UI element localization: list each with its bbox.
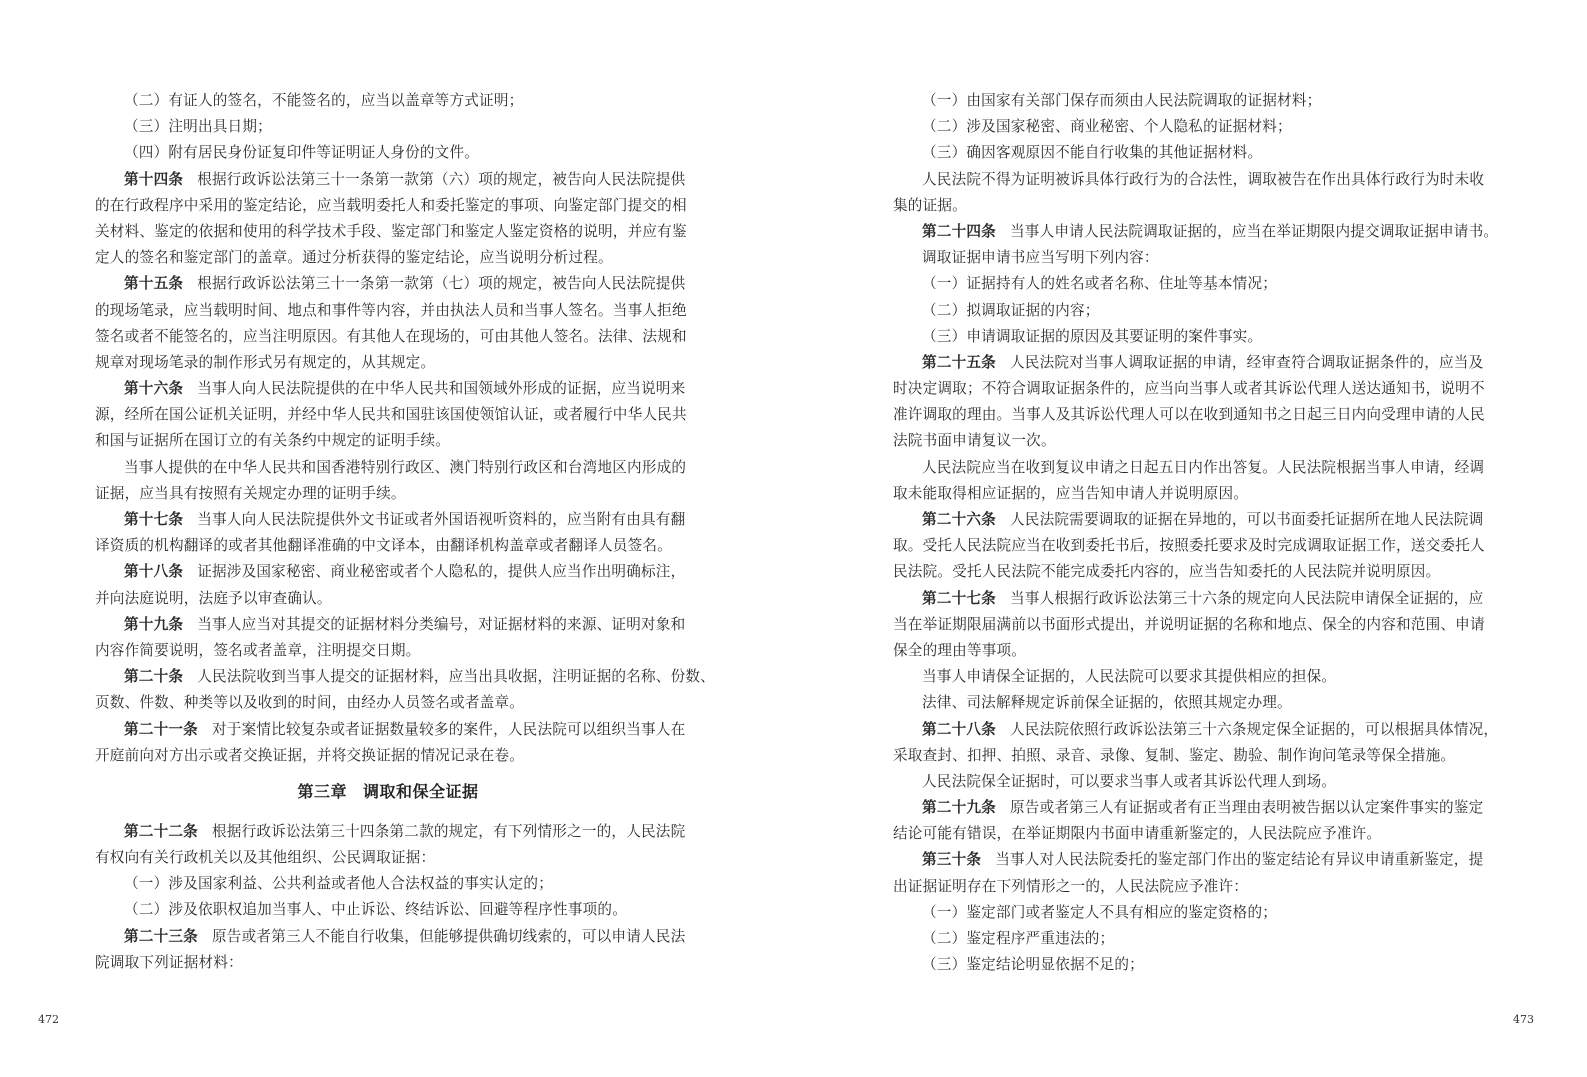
article-number: 第十八条: [124, 563, 183, 580]
line-text: 结论可能有错误，在举证期限内书面申请重新鉴定的，人民法院应予准许。: [893, 825, 1381, 842]
text-line: 结论可能有错误，在举证期限内书面申请重新鉴定的，人民法院应予准许。: [893, 821, 1477, 847]
article-number: 第二十条: [124, 668, 183, 685]
text-line: 签名或者不能签名的，应当注明原因。有其他人在现场的，可由其他人签名。法律、法规和: [95, 324, 681, 350]
text-line: 准许调取的理由。当事人及其诉讼代理人可以在收到通知书之日起三日内向受理申请的人民: [893, 402, 1477, 428]
line-text: 人民法院应当在收到复议申请之日起五日内作出答复。人民法院根据当事人申请，经调: [922, 459, 1484, 476]
line-text: 取未能取得相应证据的，应当告知申请人并说明原因。: [893, 485, 1248, 502]
line-text: 和国与证据所在国订立的有关条约中规定的证明手续。: [95, 432, 450, 449]
text-line: 采取查封、扣押、拍照、录音、录像、复制、鉴定、勘验、制作询问笔录等保全措施。: [893, 743, 1477, 769]
line-text: 采取查封、扣押、拍照、录音、录像、复制、鉴定、勘验、制作询问笔录等保全措施。: [893, 747, 1455, 764]
line-text: 对于案情比较复杂或者证据数量较多的案件，人民法院可以组织当事人在: [212, 721, 685, 738]
line-text: 当事人对人民法院委托的鉴定部门作出的鉴定结论有异议申请重新鉴定，提: [995, 851, 1483, 868]
line-text: 当在举证期限届满前以书面形式提出，并说明证据的名称和地点、保全的内容和范围、申请: [893, 616, 1485, 633]
right-page-body: （一）由国家有关部门保存而须由人民法院调取的证据材料；（二）涉及国家秘密、商业秘…: [893, 88, 1477, 978]
chapter-title: 调取和保全证据: [363, 782, 479, 801]
article-line: 第二十二条根据行政诉讼法第三十四条第二款的规定，有下列情形之一的，人民法院: [95, 819, 681, 845]
text-line: 并向法庭说明，法庭予以审查确认。: [95, 586, 681, 612]
article-line: 第十八条证据涉及国家秘密、商业秘密或者个人隐私的，提供人应当作出明确标注，: [95, 559, 681, 585]
text-line: 关材料、鉴定的依据和使用的科学技术手段、鉴定部门和鉴定人鉴定资格的说明，并应有鉴: [95, 219, 681, 245]
line-text: （一）涉及国家利益、公共利益或者他人合法权益的事实认定的；: [124, 875, 553, 892]
text-line: 源，经所在国公证机关证明，并经中华人民共和国驻该国使领馆认证，或者履行中华人民共: [95, 402, 681, 428]
text-line: 页数、件数、种类等以及收到的时间，由经办人员签名或者盖章。: [95, 690, 681, 716]
page-number-left: 472: [38, 1013, 59, 1026]
line-text: 出证据证明存在下列情形之一的，人民法院应予准许：: [893, 878, 1248, 895]
line-text: 当事人申请人民法院调取证据的，应当在举证期限内提交调取证据申请书。: [1010, 223, 1498, 240]
article-line: 第二十四条当事人申请人民法院调取证据的，应当在举证期限内提交调取证据申请书。: [893, 219, 1477, 245]
text-line: 定人的签名和鉴定部门的盖章。通过分析获得的鉴定结论，应当说明分析过程。: [95, 245, 681, 271]
line-text: 当事人向人民法院提供外文书证或者外国语视听资料的，应当附有由具有翻: [197, 511, 685, 528]
line-text: （一）鉴定部门或者鉴定人不具有相应的鉴定资格的；: [922, 904, 1277, 921]
line-text: （三）注明出具日期；: [124, 118, 272, 135]
line-text: 内容作简要说明，签名或者盖章，注明提交日期。: [95, 642, 420, 659]
right-page: （一）由国家有关部门保存而须由人民法院调取的证据材料；（二）涉及国家秘密、商业秘…: [893, 88, 1477, 978]
line-text: 准许调取的理由。当事人及其诉讼代理人可以在收到通知书之日起三日内向受理申请的人民: [893, 406, 1485, 423]
list-item-line: （二）涉及依职权追加当事人、中止诉讼、终结诉讼、回避等程序性事项的。: [95, 897, 681, 923]
text-line: 内容作简要说明，签名或者盖章，注明提交日期。: [95, 638, 681, 664]
line-text: 根据行政诉讼法第三十一条第一款第（六）项的规定，被告向人民法院提供: [197, 171, 685, 188]
line-text: 人民法院保全证据时，可以要求当事人或者其诉讼代理人到场。: [922, 773, 1336, 790]
line-text: 人民法院不得为证明被诉具体行政行为的合法性，调取被告在作出具体行政行为时未收: [922, 171, 1484, 188]
list-item-line: （三）注明出具日期；: [95, 114, 681, 140]
chapter-number: 第三章: [297, 782, 347, 801]
line-text: 规章对现场笔录的制作形式另有规定的，从其规定。: [95, 354, 435, 371]
text-line: 人民法院保全证据时，可以要求当事人或者其诉讼代理人到场。: [893, 769, 1477, 795]
text-line: 出证据证明存在下列情形之一的，人民法院应予准许：: [893, 874, 1477, 900]
text-line: 取。受托人民法院应当在收到委托书后，按照委托要求及时完成调取证据工作，送交委托人: [893, 533, 1477, 559]
article-number: 第二十三条: [124, 928, 198, 945]
article-line: 第十五条根据行政诉讼法第三十一条第一款第（七）项的规定，被告向人民法院提供: [95, 271, 681, 297]
article-number: 第二十二条: [124, 823, 198, 840]
text-line: 当在举证期限届满前以书面形式提出，并说明证据的名称和地点、保全的内容和范围、申请: [893, 612, 1477, 638]
line-text: 人民法院收到当事人提交的证据材料，应当出具收据，注明证据的名称、份数、: [197, 668, 715, 685]
line-text: 当事人申请保全证据的，人民法院可以要求其提供相应的担保。: [922, 668, 1336, 685]
article-line: 第十九条当事人应当对其提交的证据材料分类编号，对证据材料的来源、证明对象和: [95, 612, 681, 638]
line-text: 开庭前向对方出示或者交换证据，并将交换证据的情况记录在卷。: [95, 747, 524, 764]
line-text: 人民法院依照行政诉讼法第三十六条规定保全证据的，可以根据具体情况，: [1010, 721, 1498, 738]
text-line: 的现场笔录，应当载明时间、地点和事件等内容，并由执法人员和当事人签名。当事人拒绝: [95, 298, 681, 324]
text-line: 当事人提供的在中华人民共和国香港特别行政区、澳门特别行政区和台湾地区内形成的: [95, 455, 681, 481]
left-page-body: （二）有证人的签名，不能签名的，应当以盖章等方式证明；（三）注明出具日期；（四）…: [95, 88, 681, 769]
chapter-heading: 第三章调取和保全证据: [95, 779, 681, 805]
line-text: 院调取下列证据材料：: [95, 954, 243, 971]
text-line: 有权向有关行政机关以及其他组织、公民调取证据：: [95, 845, 681, 871]
article-number: 第二十五条: [922, 354, 996, 371]
article-line: 第二十五条人民法院对当事人调取证据的申请，经审查符合调取证据条件的，应当及: [893, 350, 1477, 376]
article-line: 第二十八条人民法院依照行政诉讼法第三十六条规定保全证据的，可以根据具体情况，: [893, 717, 1477, 743]
list-item-line: （二）有证人的签名，不能签名的，应当以盖章等方式证明；: [95, 88, 681, 114]
text-line: 法律、司法解释规定诉前保全证据的，依照其规定办理。: [893, 690, 1477, 716]
article-number: 第二十九条: [922, 799, 996, 816]
line-text: 保全的理由等事项。: [893, 642, 1026, 659]
page-number-right: 473: [1513, 1013, 1534, 1026]
article-line: 第二十一条对于案情比较复杂或者证据数量较多的案件，人民法院可以组织当事人在: [95, 717, 681, 743]
article-line: 第十四条根据行政诉讼法第三十一条第一款第（六）项的规定，被告向人民法院提供: [95, 167, 681, 193]
text-line: 民法院。受托人民法院不能完成委托内容的，应当告知委托的人民法院并说明原因。: [893, 559, 1477, 585]
article-number: 第二十八条: [922, 721, 996, 738]
text-line: 人民法院应当在收到复议申请之日起五日内作出答复。人民法院根据当事人申请，经调: [893, 455, 1477, 481]
line-text: 证据涉及国家秘密、商业秘密或者个人隐私的，提供人应当作出明确标注，: [197, 563, 685, 580]
line-text: 原告或者第三人不能自行收集，但能够提供确切线索的，可以申请人民法: [212, 928, 685, 945]
text-line: 译资质的机构翻译的或者其他翻译准确的中文译本，由翻译机构盖章或者翻译人员签名。: [95, 533, 681, 559]
line-text: （四）附有居民身份证复印件等证明证人身份的文件。: [124, 144, 479, 161]
left-page-body-after-chapter: 第二十二条根据行政诉讼法第三十四条第二款的规定，有下列情形之一的，人民法院有权向…: [95, 819, 681, 976]
line-text: （三）申请调取证据的原因及其要证明的案件事实。: [922, 328, 1262, 345]
line-text: 原告或者第三人有证据或者有正当理由表明被告据以认定案件事实的鉴定: [1010, 799, 1483, 816]
line-text: 并向法庭说明，法庭予以审查确认。: [95, 590, 332, 607]
list-item-line: （四）附有居民身份证复印件等证明证人身份的文件。: [95, 140, 681, 166]
article-number: 第二十四条: [922, 223, 996, 240]
list-item-line: （二）鉴定程序严重违法的；: [893, 926, 1477, 952]
line-text: 法律、司法解释规定诉前保全证据的，依照其规定办理。: [922, 694, 1292, 711]
line-text: 证据，应当具有按照有关规定办理的证明手续。: [95, 485, 406, 502]
article-line: 第二十三条原告或者第三人不能自行收集，但能够提供确切线索的，可以申请人民法: [95, 924, 681, 950]
article-number: 第十四条: [124, 171, 183, 188]
text-line: 取未能取得相应证据的，应当告知申请人并说明原因。: [893, 481, 1477, 507]
article-line: 第二十七条当事人根据行政诉讼法第三十六条的规定向人民法院申请保全证据的，应: [893, 586, 1477, 612]
text-line: 时决定调取；不符合调取证据条件的，应当向当事人或者其诉讼代理人送达通知书，说明不: [893, 376, 1477, 402]
list-item-line: （一）鉴定部门或者鉴定人不具有相应的鉴定资格的；: [893, 900, 1477, 926]
text-line: 院调取下列证据材料：: [95, 950, 681, 976]
line-text: （一）由国家有关部门保存而须由人民法院调取的证据材料；: [922, 92, 1321, 109]
line-text: （三）鉴定结论明显依据不足的；: [922, 956, 1144, 973]
line-text: 当事人根据行政诉讼法第三十六条的规定向人民法院申请保全证据的，应: [1010, 590, 1483, 607]
list-item-line: （二）涉及国家秘密、商业秘密、个人隐私的证据材料；: [893, 114, 1477, 140]
article-line: 第二十九条原告或者第三人有证据或者有正当理由表明被告据以认定案件事实的鉴定: [893, 795, 1477, 821]
text-line: 集的证据。: [893, 193, 1477, 219]
list-item-line: （一）证据持有人的姓名或者名称、住址等基本情况；: [893, 271, 1477, 297]
list-item-line: （三）鉴定结论明显依据不足的；: [893, 952, 1477, 978]
line-text: （二）鉴定程序严重违法的；: [922, 930, 1114, 947]
line-text: 取。受托人民法院应当在收到委托书后，按照委托要求及时完成调取证据工作，送交委托人: [893, 537, 1485, 554]
line-text: （二）涉及国家秘密、商业秘密、个人隐私的证据材料；: [922, 118, 1292, 135]
list-item-line: （二）拟调取证据的内容；: [893, 298, 1477, 324]
text-line: 人民法院不得为证明被诉具体行政行为的合法性，调取被告在作出具体行政行为时未收: [893, 167, 1477, 193]
line-text: 源，经所在国公证机关证明，并经中华人民共和国驻该国使领馆认证，或者履行中华人民共: [95, 406, 687, 423]
line-text: 集的证据。: [893, 197, 967, 214]
list-item-line: （三）确因客观原因不能自行收集的其他证据材料。: [893, 140, 1477, 166]
line-text: 人民法院需要调取的证据在异地的，可以书面委托证据所在地人民法院调: [1010, 511, 1483, 528]
line-text: 的在行政程序中采用的鉴定结论，应当载明委托人和委托鉴定的事项、向鉴定部门提交的相: [95, 197, 687, 214]
list-item-line: （一）涉及国家利益、公共利益或者他人合法权益的事实认定的；: [95, 871, 681, 897]
line-text: 译资质的机构翻译的或者其他翻译准确的中文译本，由翻译机构盖章或者翻译人员签名。: [95, 537, 672, 554]
line-text: 的现场笔录，应当载明时间、地点和事件等内容，并由执法人员和当事人签名。当事人拒绝: [95, 302, 687, 319]
line-text: 定人的签名和鉴定部门的盖章。通过分析获得的鉴定结论，应当说明分析过程。: [95, 249, 613, 266]
line-text: 根据行政诉讼法第三十四条第二款的规定，有下列情形之一的，人民法院: [212, 823, 685, 840]
article-number: 第二十一条: [124, 721, 198, 738]
line-text: 民法院。受托人民法院不能完成委托内容的，应当告知委托的人民法院并说明原因。: [893, 563, 1440, 580]
line-text: （二）涉及依职权追加当事人、中止诉讼、终结诉讼、回避等程序性事项的。: [124, 901, 627, 918]
line-text: 当事人提供的在中华人民共和国香港特别行政区、澳门特别行政区和台湾地区内形成的: [124, 459, 686, 476]
article-number: 第三十条: [922, 851, 981, 868]
article-number: 第十五条: [124, 275, 183, 292]
left-page: （二）有证人的签名，不能签名的，应当以盖章等方式证明；（三）注明出具日期；（四）…: [95, 88, 681, 976]
line-text: （二）有证人的签名，不能签名的，应当以盖章等方式证明；: [124, 92, 523, 109]
text-line: 保全的理由等事项。: [893, 638, 1477, 664]
line-text: 页数、件数、种类等以及收到的时间，由经办人员签名或者盖章。: [95, 694, 524, 711]
article-number: 第十七条: [124, 511, 183, 528]
text-line: 的在行政程序中采用的鉴定结论，应当载明委托人和委托鉴定的事项、向鉴定部门提交的相: [95, 193, 681, 219]
list-item-line: （三）申请调取证据的原因及其要证明的案件事实。: [893, 324, 1477, 350]
article-line: 第三十条当事人对人民法院委托的鉴定部门作出的鉴定结论有异议申请重新鉴定，提: [893, 847, 1477, 873]
list-item-line: （一）由国家有关部门保存而须由人民法院调取的证据材料；: [893, 88, 1477, 114]
text-line: 和国与证据所在国订立的有关条约中规定的证明手续。: [95, 428, 681, 454]
article-number: 第十六条: [124, 380, 183, 397]
article-line: 第十六条当事人向人民法院提供的在中华人民共和国领域外形成的证据，应当说明来: [95, 376, 681, 402]
line-text: 法院书面申请复议一次。: [893, 432, 1056, 449]
line-text: （一）证据持有人的姓名或者名称、住址等基本情况；: [922, 275, 1277, 292]
text-line: 证据，应当具有按照有关规定办理的证明手续。: [95, 481, 681, 507]
text-line: 开庭前向对方出示或者交换证据，并将交换证据的情况记录在卷。: [95, 743, 681, 769]
article-line: 第二十条人民法院收到当事人提交的证据材料，应当出具收据，注明证据的名称、份数、: [95, 664, 681, 690]
line-text: 签名或者不能签名的，应当注明原因。有其他人在现场的，可由其他人签名。法律、法规和: [95, 328, 687, 345]
text-line: 当事人申请保全证据的，人民法院可以要求其提供相应的担保。: [893, 664, 1477, 690]
line-text: （二）拟调取证据的内容；: [922, 302, 1100, 319]
line-text: 人民法院对当事人调取证据的申请，经审查符合调取证据条件的，应当及: [1010, 354, 1483, 371]
line-text: 时决定调取；不符合调取证据条件的，应当向当事人或者其诉讼代理人送达通知书，说明不: [893, 380, 1485, 397]
article-number: 第二十七条: [922, 590, 996, 607]
line-text: 当事人向人民法院提供的在中华人民共和国领域外形成的证据，应当说明来: [197, 380, 685, 397]
line-text: 有权向有关行政机关以及其他组织、公民调取证据：: [95, 849, 435, 866]
text-line: 调取证据申请书应当写明下列内容：: [893, 245, 1477, 271]
line-text: 根据行政诉讼法第三十一条第一款第（七）项的规定，被告向人民法院提供: [197, 275, 685, 292]
article-number: 第二十六条: [922, 511, 996, 528]
line-text: 当事人应当对其提交的证据材料分类编号，对证据材料的来源、证明对象和: [197, 616, 685, 633]
text-line: 法院书面申请复议一次。: [893, 428, 1477, 454]
article-line: 第二十六条人民法院需要调取的证据在异地的，可以书面委托证据所在地人民法院调: [893, 507, 1477, 533]
line-text: （三）确因客观原因不能自行收集的其他证据材料。: [922, 144, 1262, 161]
line-text: 关材料、鉴定的依据和使用的科学技术手段、鉴定部门和鉴定人鉴定资格的说明，并应有鉴: [95, 223, 687, 240]
text-line: 规章对现场笔录的制作形式另有规定的，从其规定。: [95, 350, 681, 376]
article-line: 第十七条当事人向人民法院提供外文书证或者外国语视听资料的，应当附有由具有翻: [95, 507, 681, 533]
line-text: 调取证据申请书应当写明下列内容：: [922, 249, 1159, 266]
article-number: 第十九条: [124, 616, 183, 633]
